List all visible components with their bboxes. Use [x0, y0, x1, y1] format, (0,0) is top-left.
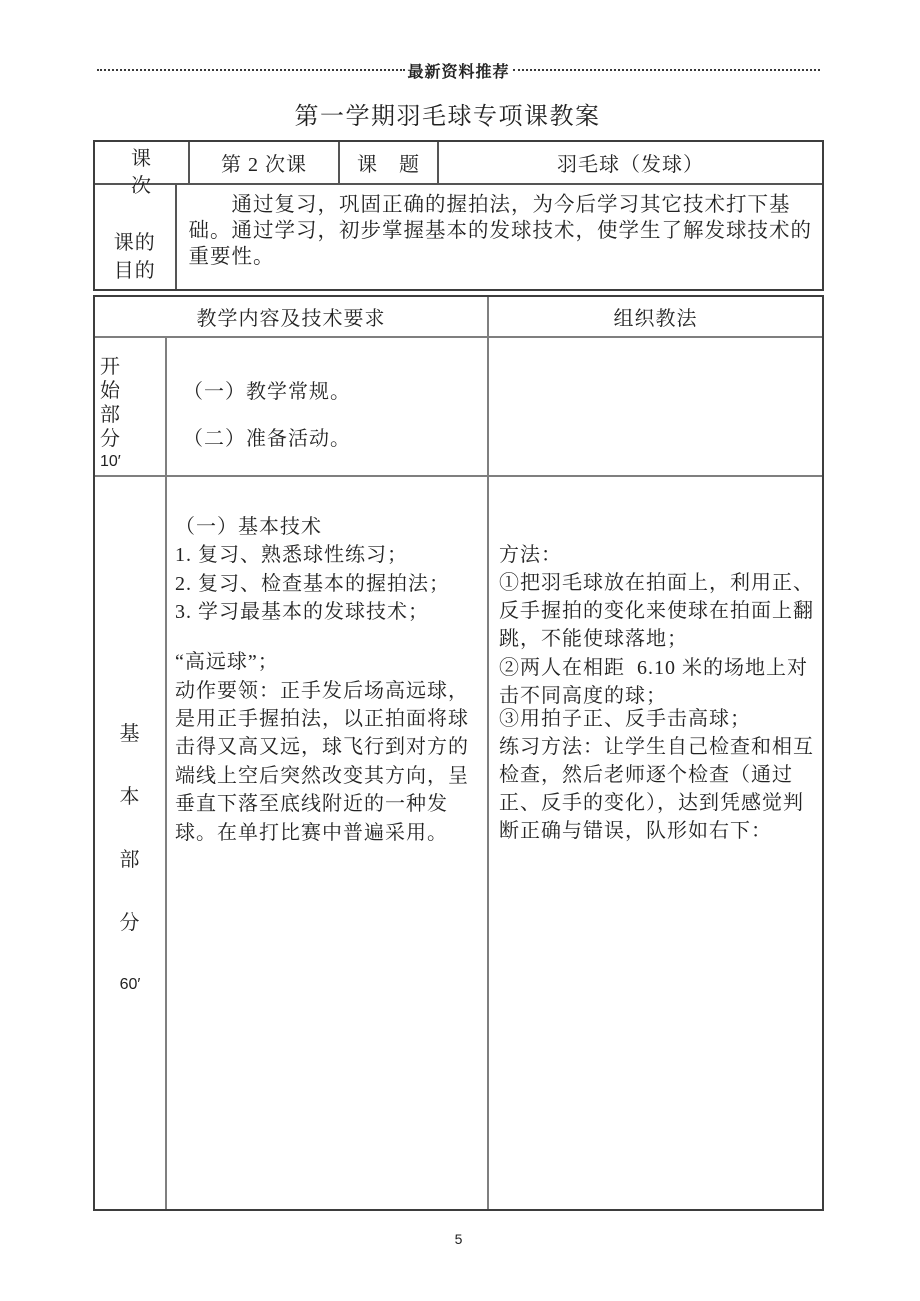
topic-value-cell: 羽毛球（发球）	[439, 142, 822, 183]
column-header-content: 教学内容及技术要求	[95, 297, 489, 336]
teaching-plan-table: 教学内容及技术要求 组织教法 开 始 部 分 10′ （一）教学常规。 （二）准…	[93, 295, 824, 1211]
main-phase-duration: 60′	[95, 974, 165, 996]
opening-phase-row: 开 始 部 分 10′ （一）教学常规。 （二）准备活动。	[95, 338, 822, 477]
method-item-2: ②两人在相距 6.10 米的场地上对击不同高度的球；	[499, 654, 822, 710]
topic-label-cell: 课 题	[340, 142, 439, 183]
main-phase-label-cell: 基 本 部 分 60′	[95, 477, 167, 1209]
opening-phase-name: 开 始 部 分	[100, 355, 165, 451]
lesson-index-label: 课 次	[95, 146, 188, 200]
info-table-header-row: 课 次 第 2 次课 课 题 羽毛球（发球）	[95, 142, 822, 185]
header-note-text: 最新资料推荐	[405, 59, 513, 82]
purpose-label-cell: 课的 目的	[95, 185, 177, 289]
document-page: 最新资料推荐 第一学期羽毛球专项课教案 课 次 第 2 次课 课 题 羽毛球（发…	[0, 0, 920, 1301]
method-item-1: ①把羽毛球放在拍面上，利用正、反手握拍的变化来使球在拍面上翻跳，不能使球落地；	[499, 569, 822, 653]
opening-phase-label-cell: 开 始 部 分 10′	[95, 338, 167, 475]
page-title: 第一学期羽毛球专项课教案	[82, 96, 813, 131]
purpose-text-cell: 通过复习，巩固正确的握拍法，为今后学习其它技术打下基础。通过学习，初步掌握基本的…	[177, 185, 823, 289]
dotted-rule-right	[513, 69, 821, 71]
opening-content-item: （一）教学常规。	[183, 378, 487, 406]
dotted-rule-left	[97, 69, 405, 71]
lesson-info-table: 课 次 第 2 次课 课 题 羽毛球（发球） 课的 目的 通过复习，巩固正确的握…	[93, 140, 824, 291]
technique-key-points: “高远球”；动作要领：正手发后场高远球，是用正手握拍法，以正拍面将球击得又高又远…	[175, 648, 487, 847]
column-header-methods: 组织教法	[489, 297, 822, 336]
opening-content-item: （二）准备活动。	[183, 425, 487, 453]
lesson-number-cell: 第 2 次课	[190, 142, 340, 183]
page-number: 5	[93, 1231, 824, 1247]
header-note-row: 最新资料推荐	[97, 61, 820, 79]
purpose-row: 课的 目的 通过复习，巩固正确的握拍法，为今后学习其它技术打下基础。通过学习，初…	[95, 185, 822, 289]
opening-phase-content-cell: （一）教学常规。 （二）准备活动。	[167, 338, 489, 475]
main-phase-methods-cell: 方法： ①把羽毛球放在拍面上，利用正、反手握拍的变化来使球在拍面上翻跳，不能使球…	[489, 477, 822, 1209]
basic-technique-list: （一）基本技术1. 复习、熟悉球性练习；2. 复习、检查基本的握拍法；3. 学习…	[175, 513, 487, 627]
opening-phase-methods-cell	[489, 338, 822, 475]
main-phase-name: 基 本 部 分	[95, 703, 165, 955]
lesson-index-cell: 课 次	[95, 142, 190, 183]
opening-phase-duration: 10′	[100, 451, 165, 473]
main-phase-content-cell: （一）基本技术1. 复习、熟悉球性练习；2. 复习、检查基本的握拍法；3. 学习…	[167, 477, 489, 1209]
method-item-3-and-practice: ③用拍子正、反手击高球；练习方法：让学生自己检查和相互检查，然后老师逐个检查（通…	[499, 705, 822, 845]
main-phase-row: 基 本 部 分 60′ （一）基本技术1. 复习、熟悉球性练习；2. 复习、检查…	[95, 477, 822, 1209]
methods-title: 方法：	[499, 541, 822, 569]
plan-table-header-row: 教学内容及技术要求 组织教法	[95, 297, 822, 338]
